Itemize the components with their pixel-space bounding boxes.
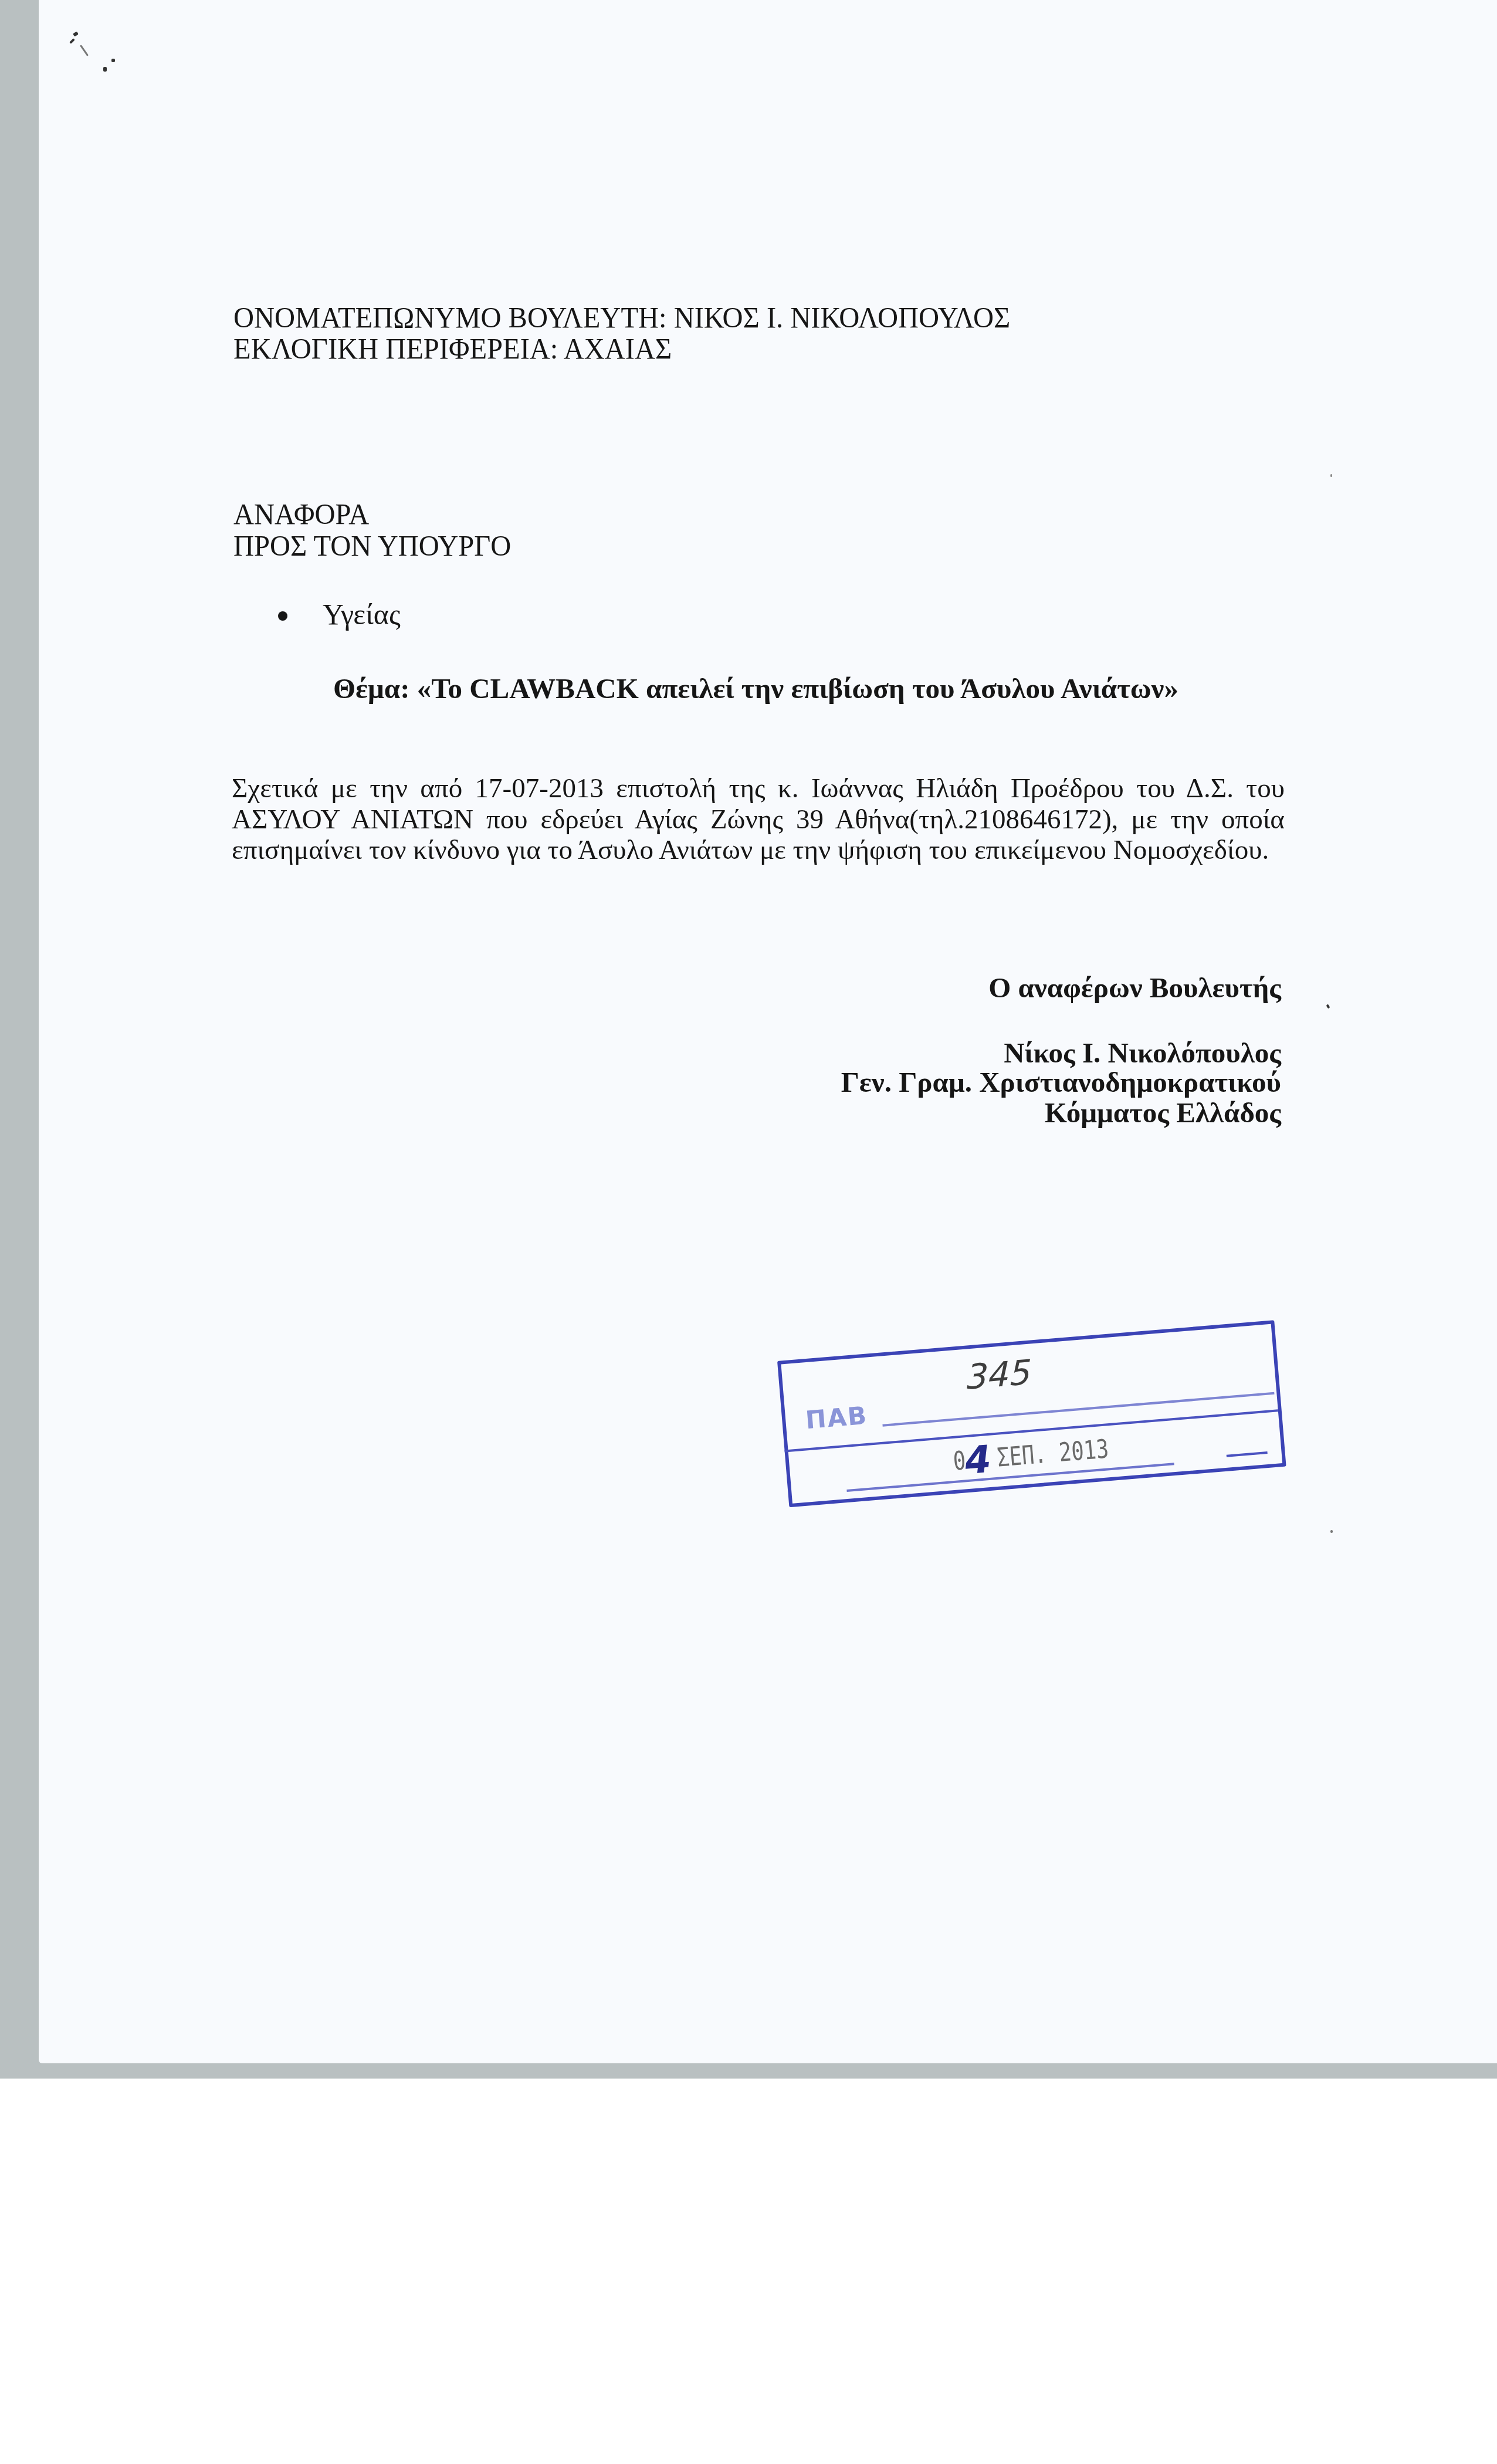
scan-speck [69,38,75,44]
stamp-label: ΠΑΒ [804,1401,868,1434]
ministry-item: Υγείας [323,597,401,631]
bullet-icon [278,611,287,621]
scan-speck [1330,1530,1333,1533]
document: ΟΝΟΜΑΤΕΠΩΝΥΜΟ ΒΟΥΛΕΥΤΗ: ΝΙΚΟΣ Ι. ΝΙΚΟΛΟΠ… [0,0,1497,2079]
body-paragraph: Σχετικά με την από 17-07-2013 επιστολή τ… [232,773,1285,866]
stamp-date-day: 4 [963,1438,993,1483]
scan-speck [103,67,107,72]
mp-name-line: ΟΝΟΜΑΤΕΠΩΝΥΜΟ ΒΟΥΛΕΥΤΗ: ΝΙΚΟΣ Ι. ΝΙΚΟΛΟΠ… [233,302,1010,333]
constituency-line: ΕΚΛΟΓΙΚΗ ΠΕΡΙΦΕΡΕΙΑ: ΑΧΑΙΑΣ [233,333,672,364]
registry-stamp: ΠΑΒ 345 0 4 ΣΕΠ. 2013 [777,1320,1286,1507]
scan-speck [80,45,89,56]
signature-role: Ο αναφέρων Βουλευτής [988,971,1281,1004]
scan-speck [1326,1004,1330,1008]
report-title: ΑΝΑΦΟΡΑ [233,498,369,530]
scan-speck [73,31,79,36]
subject-line: Θέμα: «Το CLAWBACK απειλεί την επιβίωση … [333,672,1178,705]
scan-speck [1330,474,1332,477]
stamp-protocol-number: 345 [967,1352,1032,1397]
report-addressee: ΠΡΟΣ ΤΟΝ ΥΠΟΥΡΓΟ [233,530,511,561]
signature-name: Νίκος Ι. Νικολόπουλος [1004,1036,1281,1069]
scan-speck [111,59,115,62]
signature-title-line1: Γεν. Γραμ. Χριστιανοδημοκρατικού [841,1065,1281,1099]
signature-title-line2: Κόμματος Ελλάδος [1045,1096,1281,1129]
